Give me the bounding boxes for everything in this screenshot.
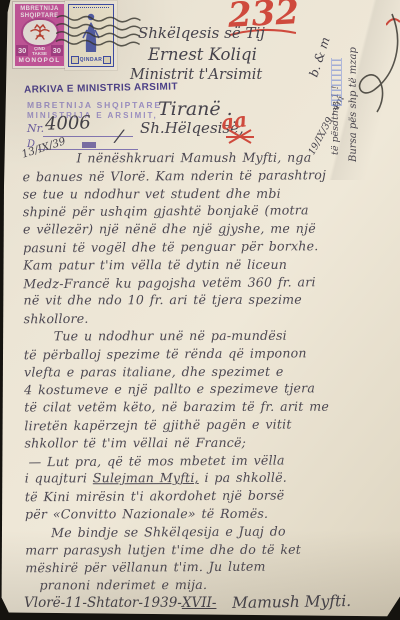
eagle-emblem [23,20,57,45]
body-line: Kam patur t'im vëlla të dytin në liceun [23,255,395,274]
stamp-blue-box-right [103,56,111,64]
body-line: të cilat vetëm këto, në barazim të fr. a… [24,398,396,417]
body-line: Medz-Francë ku pagojsha vetëm 360 fr. ar… [23,272,395,292]
registry-year-chip [82,142,96,148]
body-line: 4 kostumeve e një pallto e spezimeve tje… [24,379,396,399]
stamp-blue-value-band: QINDAR [71,56,111,64]
body-line: shkollore. [24,308,396,328]
stamp-blue-top-rule [73,7,109,10]
stamp-value-left: 30 [16,45,28,56]
stamp-blue-footer: QINDAR [80,57,103,63]
body-line: e vëllezër) një nënë dhe një gjyshe, me … [23,220,395,239]
registry-kingdom-line: MBRETNIJA SHQIPTARE [27,100,162,110]
stamp-pink-line1: MBRETNIJA [20,6,59,13]
letter-body: I nënëshkruari Mamush Myfti, nga e banue… [22,148,397,596]
signature: Mamush Myfti. [232,592,351,612]
body-line: në vit dhe ndo 10 fr. ari të tjera spezi… [23,291,395,310]
body-line: se tue u ndodhur vet student dhe mbi [23,184,395,203]
body-line: vlefta e paras italiane, dhe spezimet e [24,362,396,381]
red-cross-mark-icon [226,128,254,146]
signature-flourish-icon [342,10,400,122]
closing-line: Vlorë-11-Shtator-1939- XVII- Mamush Myft… [24,593,396,611]
body-line: I nënëshkruari Mamush Myfti, nga [22,149,394,168]
stamp-pink-line2: SHQIPTARE [20,13,59,20]
body-line-petition: i quajturi Sulejman Myfti, i pa shkollë. [25,469,397,488]
body-line: — Lut pra, që të mos mbetet im vëlla [25,450,397,470]
closing-place-date: Vlorë-11-Shtator-1939- [24,595,182,611]
margin-note-initials: b. & m [307,35,333,78]
body-line: shkollor të t'im vëllai në Francë; [24,433,396,452]
registry-archive-stamp: ARKIVA E MINISTRIS ARSIMIT [24,81,178,95]
body-line: liretën kapërzejn të gjithë pagën e viti… [24,415,396,435]
cancellation-wavy-lines-icon [55,14,142,53]
body-line: Me bindje se Shkëlqesija e Juaj do [25,521,397,541]
body-line: marr parasysh lutjen t'ime dhe do të ket [25,540,397,559]
stamp-country: MBRETNIJA SHQIPTARE [20,6,59,19]
scanned-document-photo: MBRETNIJA SHQIPTARE 30 ÇIND TAKSE 30 MON… [0,0,400,620]
address-line-2: Ernest Koliqi [148,45,257,64]
address-line-3: Ministrit t'Arsimit [130,67,262,83]
body-line: Tue u ndodhur unë në pa-mundësi [24,326,396,345]
petition-suffix: i pa shkollë. [199,470,287,485]
stamp-blue-box-left [71,56,79,64]
closing-era: XVII- [182,595,217,611]
stamp-value-label: ÇIND TAKSE [32,46,47,56]
registry-number-label: Nr. [27,122,44,135]
stamp-value-label-2: TAKSE [32,51,47,56]
body-line: shpinë për ushqim gjashtë bonjakë (motra [23,201,395,221]
stamp-pink-footer: MONOPOL [19,57,61,64]
registry-number-value: 4006 [45,112,92,135]
letter-paper: MBRETNIJA SHQIPTARE 30 ÇIND TAKSE 30 MON… [0,0,400,620]
body-line: mëshirë për vëllanun t'im. Ju lutem [25,557,397,577]
petition-prefix: i quajturi [25,471,93,486]
body-line: pasuni të vogël dhe të penguar për borxh… [23,237,395,257]
double-eagle-icon [28,24,52,41]
body-line: të Kini mirësin t'i akordohet një borsë [25,486,397,506]
address-line-1: Shkëlqesis së Tij [138,24,265,42]
body-line: për «Convitto Nazionale» të Romës. [25,504,397,523]
petition-underlined-name: Sulejman Myfti, [93,470,199,485]
vertical-blue-stamp-icon [331,58,342,106]
body-line: e banues në Vlorë. Kam nderin të parasht… [23,166,395,186]
body-line: të përballoj spezime të rënda që imponon [24,343,396,363]
